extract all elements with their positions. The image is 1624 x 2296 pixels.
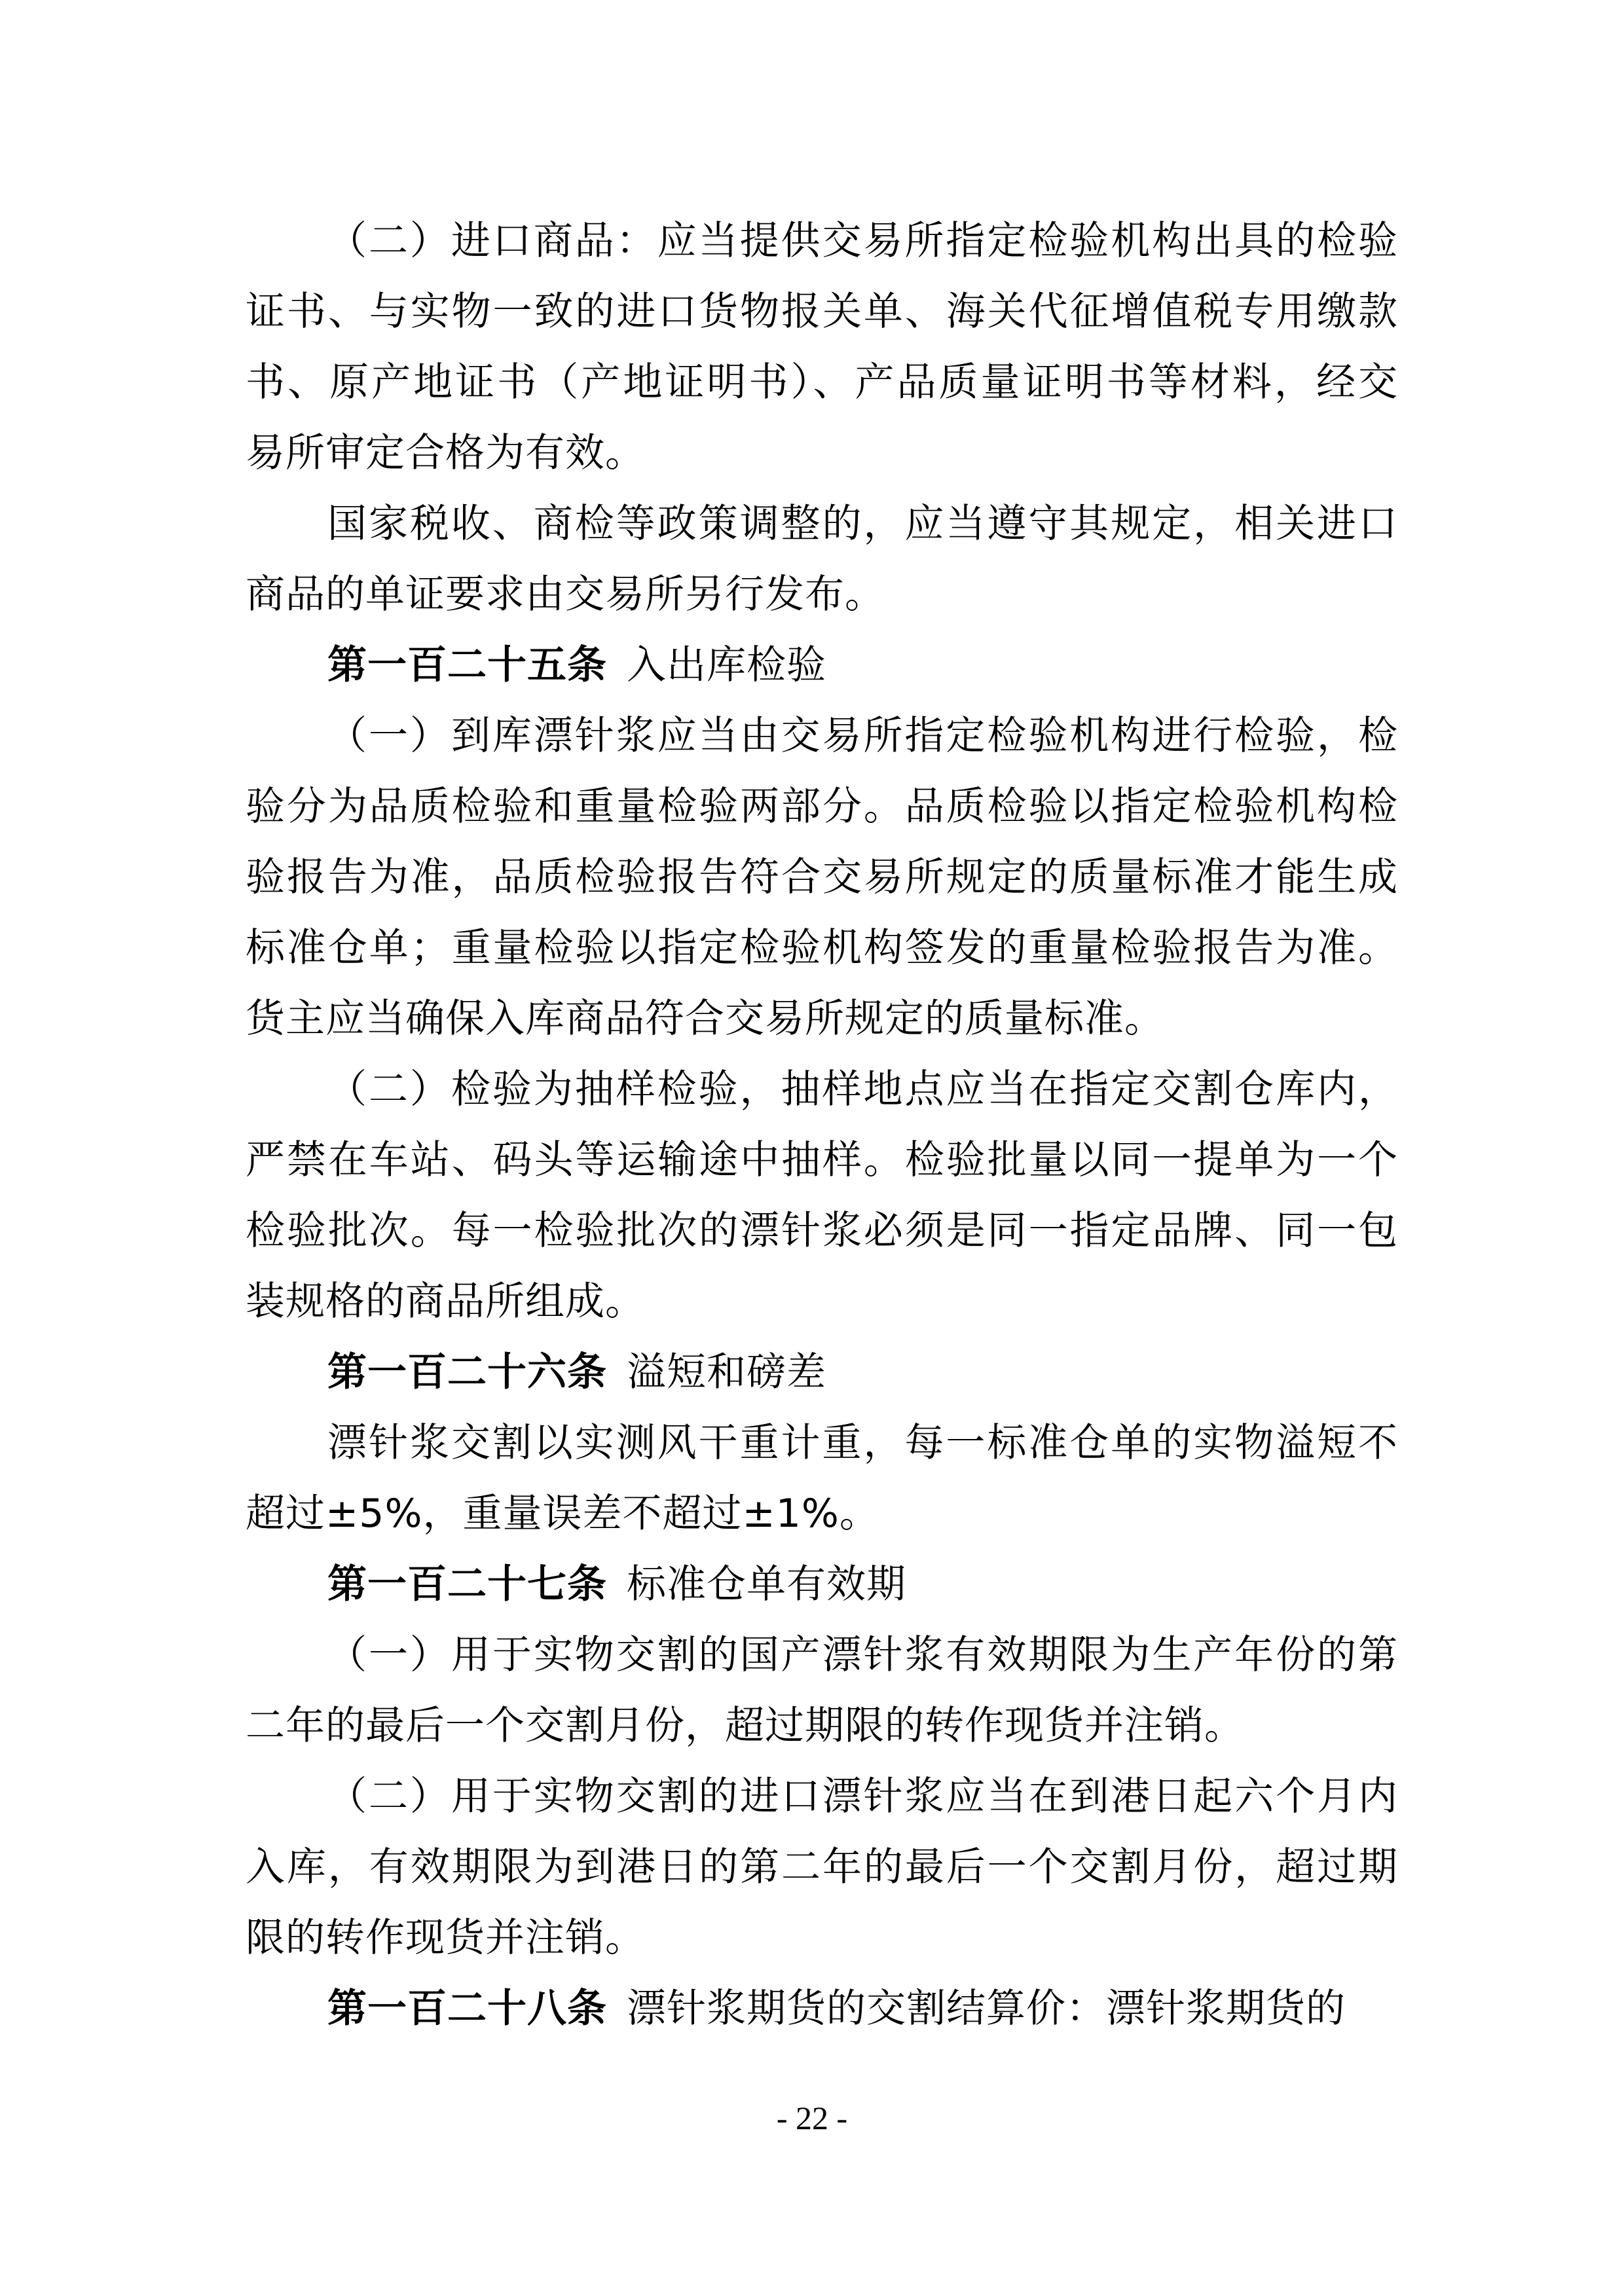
paragraph-policy-line-1: 国家税收、商检等政策调整的，应当遵守其规定，相关进口 (327, 498, 1398, 550)
paragraph-inspection-2-line-4: 装规格的商品所组成。 (246, 1275, 1398, 1328)
article-127-number: 第一百二十七条 (327, 1561, 607, 1607)
paragraph-domestic-validity-line-2: 二年的最后一个交割月份，超过期限的转作现货并注销。 (246, 1700, 1398, 1752)
article-126-heading: 第一百二十六条溢短和磅差 (327, 1346, 1398, 1398)
document-page: （二）进口商品：应当提供交易所指定检验机构出具的检验 证书、与实物一致的进口货物… (0, 0, 1624, 2296)
paragraph-imported-goods-line-2: 证书、与实物一致的进口货物报关单、海关代征增值税专用缴款 (246, 285, 1398, 338)
paragraph-inspection-1-line-4: 标准仓单；重量检验以指定检验机构签发的重量检验报告为准。 (246, 922, 1398, 974)
paragraph-inspection-1-line-5: 货主应当确保入库商品符合交易所规定的质量标准。 (246, 993, 1398, 1045)
paragraph-weight-line-1: 漂针浆交割以实测风干重计重，每一标准仓单的实物溢短不 (327, 1417, 1398, 1469)
article-127-heading: 第一百二十七条标准仓单有效期 (327, 1558, 1398, 1611)
paragraph-inspection-1-line-3: 验报告为准，品质检验报告符合交易所规定的质量标准才能生成 (246, 851, 1398, 903)
article-125-title: 入出库检验 (627, 642, 826, 688)
paragraph-inspection-2-line-2: 严禁在车站、码头等运输途中抽样。检验批量以同一提单为一个 (246, 1134, 1398, 1186)
paragraph-import-validity-line-1: （二）用于实物交割的进口漂针浆应当在到港日起六个月内 (327, 1770, 1398, 1823)
article-126-number: 第一百二十六条 (327, 1349, 607, 1395)
paragraph-domestic-validity-line-1: （一）用于实物交割的国产漂针浆有效期限为生产年份的第 (327, 1629, 1398, 1681)
paragraph-import-validity-line-3: 限的转作现货并注销。 (246, 1912, 1398, 1964)
paragraph-inspection-1-line-1: （一）到库漂针浆应当由交易所指定检验机构进行检验，检 (327, 710, 1398, 762)
article-128-heading: 第一百二十八条漂针浆期货的交割结算价：漂针浆期货的 (327, 1982, 1398, 2035)
page-number: - 22 - (0, 2098, 1624, 2138)
paragraph-imported-goods-line-3: 书、原产地证书（产地证明书）、产品质量证明书等材料，经交 (246, 356, 1398, 409)
paragraph-imported-goods-line-1: （二）进口商品：应当提供交易所指定检验机构出具的检验 (327, 215, 1398, 267)
article-128-number: 第一百二十八条 (327, 1986, 607, 2032)
paragraph-import-validity-line-2: 入库，有效期限为到港日的第二年的最后一个交割月份，超过期 (246, 1841, 1398, 1893)
paragraph-inspection-2-line-3: 检验批次。每一检验批次的漂针浆必须是同一指定品牌、同一包 (246, 1205, 1398, 1257)
paragraph-inspection-1-line-2: 验分为品质检验和重量检验两部分。品质检验以指定检验机构检 (246, 780, 1398, 833)
paragraph-weight-line-2: 超过±5%，重量误差不超过±1%。 (246, 1487, 1398, 1540)
article-125-heading: 第一百二十五条入出库检验 (327, 639, 1398, 691)
article-125-number: 第一百二十五条 (327, 642, 607, 688)
article-127-title: 标准仓单有效期 (627, 1561, 906, 1607)
paragraph-inspection-2-line-1: （二）检验为抽样检验，抽样地点应当在指定交割仓库内， (327, 1063, 1398, 1116)
paragraph-imported-goods-line-4: 易所审定合格为有效。 (246, 427, 1398, 479)
article-126-title: 溢短和磅差 (627, 1349, 826, 1395)
paragraph-policy-line-2: 商品的单证要求由交易所另行发布。 (246, 568, 1398, 621)
article-128-title: 漂针浆期货的交割结算价：漂针浆期货的 (627, 1986, 1346, 2032)
